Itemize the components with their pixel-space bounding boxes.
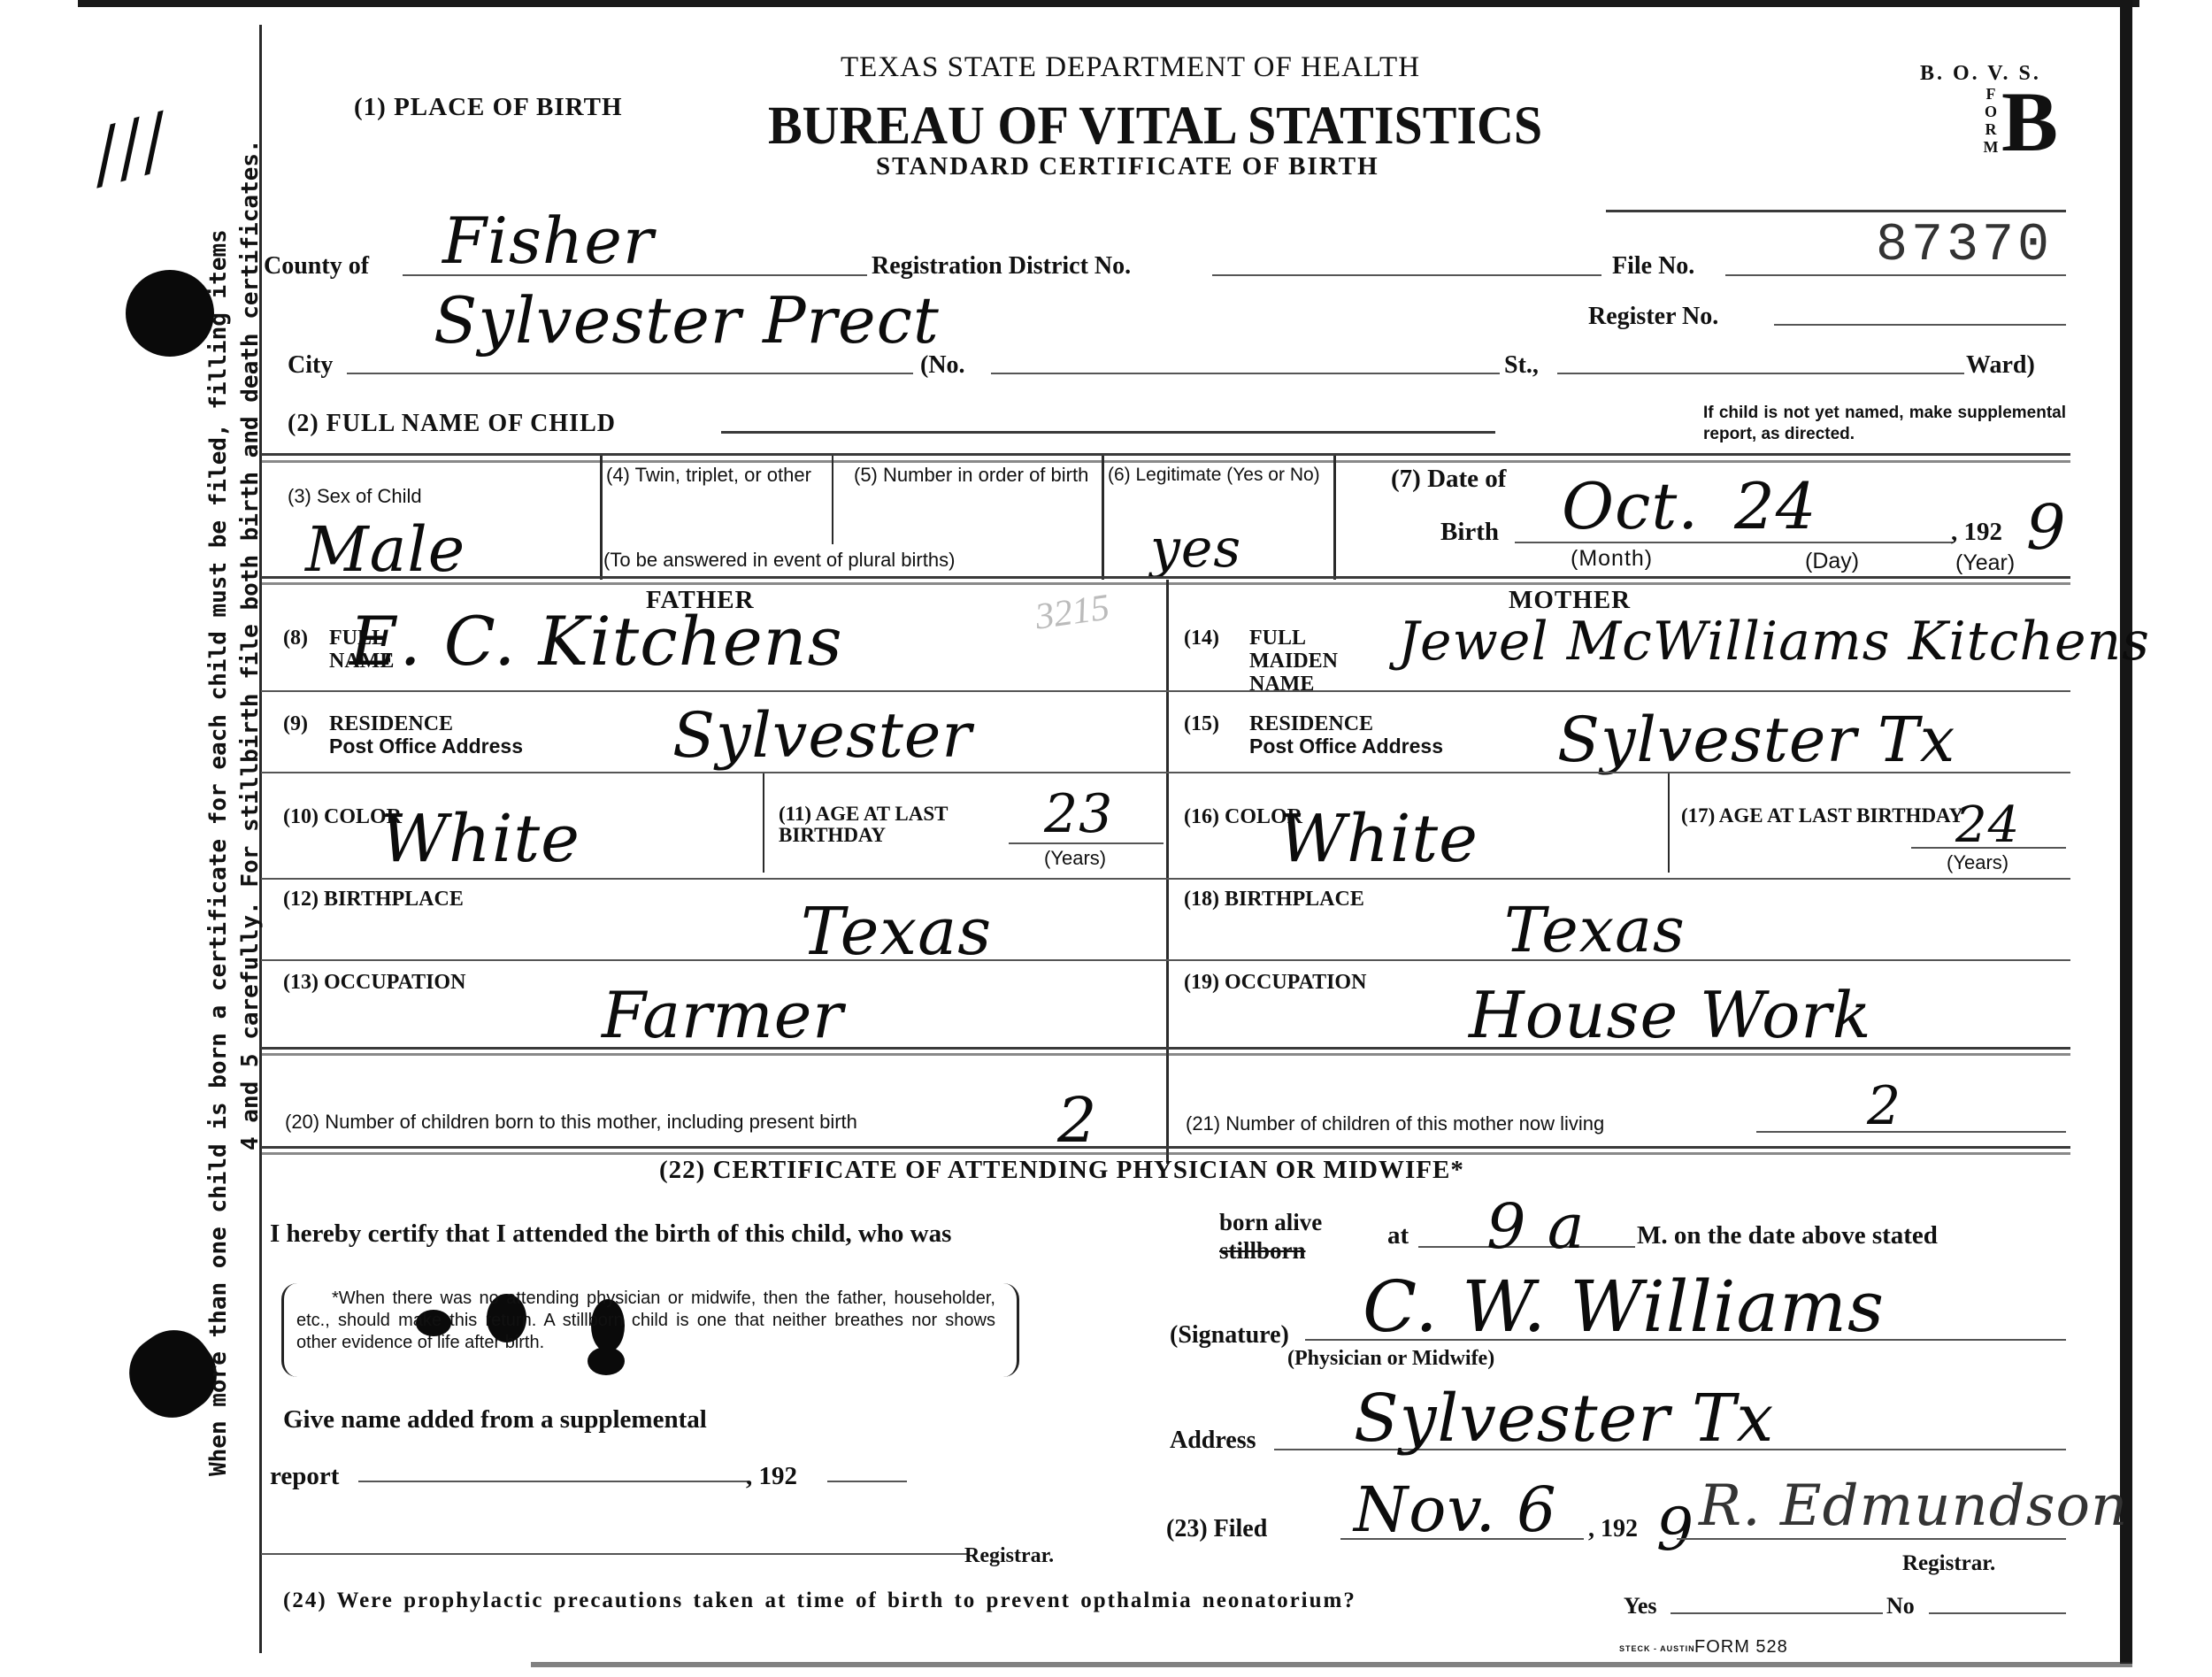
bureau-title: BUREAU OF VITAL STATISTICS bbox=[768, 94, 1542, 156]
margin-instruction-line1: When more than one child is born a certi… bbox=[205, 229, 232, 1476]
rule-above-physician-double bbox=[261, 1152, 2070, 1155]
rule-color bbox=[261, 878, 2070, 880]
registration-district-value[interactable] bbox=[1221, 250, 1593, 274]
department-title: TEXAS STATE DEPARTMENT OF HEALTH bbox=[841, 51, 1420, 84]
street-number-field-line bbox=[991, 373, 1500, 374]
rule-father-name bbox=[261, 690, 2070, 692]
prophylactic-yes-field[interactable] bbox=[1671, 1612, 1883, 1614]
prophylactic-no-field[interactable] bbox=[1929, 1612, 2066, 1614]
street-label: St., bbox=[1504, 351, 1539, 380]
divider-legit-dob bbox=[1333, 456, 1336, 580]
dob-year-prefix: , 192 bbox=[1951, 518, 2002, 547]
sex-label: (3) Sex of Child bbox=[288, 485, 422, 508]
county-value[interactable]: Fisher bbox=[442, 204, 654, 278]
father-color-age-divider bbox=[763, 773, 764, 873]
time-at-label: at bbox=[1387, 1221, 1409, 1250]
year-caption: (Year) bbox=[1955, 550, 2015, 576]
father-residence-num: (9) bbox=[283, 712, 308, 736]
mother-age-label: (17) AGE AT LAST BIRTHDAY bbox=[1681, 805, 1964, 827]
supplemental-registrar-line bbox=[261, 1553, 969, 1555]
mother-residence-label: RESIDENCE bbox=[1249, 712, 1373, 736]
month-caption: (Month) bbox=[1571, 546, 1653, 572]
unnamed-child-note: If child is not yet named, make suppleme… bbox=[1703, 403, 2066, 445]
dob-day-value[interactable]: 24 bbox=[1734, 469, 1817, 543]
registration-district-field-line bbox=[1212, 274, 1601, 276]
supplemental-registrar-label: Registrar. bbox=[964, 1544, 1054, 1568]
physician-signature-value[interactable]: C. W. Williams bbox=[1363, 1265, 1885, 1348]
divider-order-legit bbox=[1102, 456, 1104, 580]
mother-residence-value[interactable]: Sylvester Tx bbox=[1557, 704, 1955, 776]
mother-residence-num: (15) bbox=[1184, 712, 1219, 736]
filed-date-value[interactable]: Nov. 6 bbox=[1354, 1473, 1557, 1546]
filed-year-prefix: , 192 bbox=[1588, 1515, 1638, 1543]
mother-color-age-divider bbox=[1668, 773, 1670, 873]
father-occupation-label: (13) OCCUPATION bbox=[283, 971, 465, 995]
child-name-field-line bbox=[721, 431, 1495, 434]
father-color-value[interactable]: White bbox=[380, 801, 580, 877]
register-no-field-line bbox=[1774, 324, 2066, 326]
divider-twin-order bbox=[832, 456, 833, 544]
form-letter: B bbox=[2001, 80, 2058, 165]
dob-month-value[interactable]: Oct. bbox=[1562, 469, 1699, 543]
legitimate-label: (6) Legitimate (Yes or No) bbox=[1108, 463, 1329, 488]
city-value[interactable]: Sylvester Prect bbox=[434, 283, 940, 358]
margin-handwritten-mark: /// bbox=[83, 98, 176, 197]
prophylactic-no-label: No bbox=[1886, 1593, 1915, 1619]
city-label: City bbox=[288, 351, 333, 380]
father-age-value[interactable]: 23 bbox=[1044, 783, 1113, 845]
rule-occupation bbox=[261, 1047, 2070, 1050]
father-residence-sub: Post Office Address bbox=[329, 735, 523, 758]
punch-hole-top bbox=[126, 270, 214, 357]
sex-value[interactable]: Male bbox=[305, 513, 465, 586]
mother-age-value[interactable]: 24 bbox=[1955, 796, 2020, 854]
mother-name-label: FULL MAIDEN NAME bbox=[1249, 627, 1347, 696]
filing-registrar-label: Registrar. bbox=[1902, 1551, 1995, 1576]
mother-age-caption: (Years) bbox=[1947, 851, 2008, 874]
twin-label: (4) Twin, triplet, or other bbox=[606, 463, 827, 488]
father-mother-divider bbox=[1166, 580, 1169, 1164]
certify-text: I hereby certify that I attended the bir… bbox=[270, 1219, 951, 1249]
children-living-value[interactable]: 2 bbox=[1867, 1075, 1901, 1137]
document-top-edge bbox=[78, 0, 2139, 7]
filed-label: (23) Filed bbox=[1166, 1515, 1267, 1543]
day-caption: (Day) bbox=[1805, 549, 1859, 574]
registrar-signature-value[interactable]: R. Edmundson bbox=[1699, 1473, 2128, 1539]
supplemental-report-label: report bbox=[270, 1462, 339, 1491]
time-suffix: M. on the date above stated bbox=[1637, 1221, 1938, 1250]
footnote-text: *When there was no attending physician o… bbox=[296, 1288, 995, 1354]
file-no-top-rule bbox=[1606, 210, 2066, 212]
footnote-right-brace bbox=[993, 1283, 1019, 1377]
signature-label: (Signature) bbox=[1170, 1321, 1289, 1350]
certificate-type: STANDARD CERTIFICATE OF BIRTH bbox=[876, 152, 1379, 181]
father-name-num: (8) bbox=[283, 627, 308, 650]
father-occupation-value[interactable]: Farmer bbox=[602, 978, 844, 1052]
dob-year-value[interactable]: 9 bbox=[2026, 491, 2067, 564]
document-bottom-edge bbox=[531, 1662, 2132, 1667]
father-birthplace-label: (12) BIRTHPLACE bbox=[283, 888, 464, 912]
children-living-label: (21) Number of children of this mother n… bbox=[1186, 1112, 1604, 1135]
file-no-value[interactable]: 87370 bbox=[1876, 216, 2053, 276]
dob-label-2: Birth bbox=[1440, 518, 1499, 547]
rule-above-row3 bbox=[261, 453, 2070, 456]
mother-name-value[interactable]: Jewel McWilliams Kitchens bbox=[1398, 611, 2150, 673]
document-right-edge bbox=[2120, 0, 2132, 1664]
form-number: FORM 528 bbox=[1694, 1637, 1788, 1658]
city-field-line bbox=[347, 373, 913, 374]
mother-residence-sub: Post Office Address bbox=[1249, 735, 1443, 758]
register-no-label: Register No. bbox=[1588, 303, 1718, 331]
children-born-label: (20) Number of children born to this mot… bbox=[285, 1111, 857, 1134]
file-no-label: File No. bbox=[1612, 252, 1694, 281]
child-name-value[interactable] bbox=[726, 403, 1486, 431]
rule-above-physician bbox=[261, 1146, 2070, 1149]
printer-imprint: STECK - AUSTIN bbox=[1619, 1644, 1695, 1653]
supplemental-year-prefix: , 192 bbox=[746, 1462, 797, 1491]
order-label: (5) Number in order of birth bbox=[854, 463, 1102, 488]
birth-time-value[interactable]: 9 a bbox=[1486, 1190, 1586, 1263]
rule-above-parents bbox=[261, 576, 2070, 579]
mother-birthplace-value[interactable]: Texas bbox=[1504, 894, 1686, 966]
place-of-birth-label: (1) PLACE OF BIRTH bbox=[354, 93, 623, 122]
form-vertical-word: F O R M bbox=[1982, 85, 2000, 156]
father-residence-label: RESIDENCE bbox=[329, 712, 453, 736]
physician-address-value[interactable]: Sylvester Tx bbox=[1354, 1381, 1774, 1457]
father-age-label: (11) AGE AT LAST BIRTHDAY bbox=[779, 804, 1044, 846]
pencil-note: 3215 bbox=[1033, 586, 1112, 638]
father-residence-value[interactable]: Sylvester bbox=[672, 699, 972, 772]
prophylactic-question: (24) Were prophylactic precautions taken… bbox=[283, 1589, 1356, 1613]
born-alive-option[interactable]: born alive bbox=[1219, 1209, 1322, 1236]
rule-birthplace bbox=[261, 959, 2070, 961]
rule-occupation-double bbox=[261, 1053, 2070, 1056]
filed-year-value[interactable]: 9 bbox=[1656, 1496, 1694, 1564]
mother-name-num: (14) bbox=[1184, 627, 1219, 650]
rule-residence bbox=[261, 772, 2070, 773]
dob-label-1: (7) Date of bbox=[1391, 465, 1506, 494]
signature-caption: (Physician or Midwife) bbox=[1287, 1347, 1494, 1371]
mother-birthplace-label: (18) BIRTHPLACE bbox=[1184, 888, 1364, 912]
physician-heading: (22) CERTIFICATE OF ATTENDING PHYSICIAN … bbox=[659, 1156, 1464, 1185]
supplemental-label: Give name added from a supplemental bbox=[283, 1405, 707, 1435]
father-age-caption: (Years) bbox=[1044, 847, 1106, 870]
supplemental-year-field-line bbox=[827, 1481, 907, 1482]
mother-occupation-label: (19) OCCUPATION bbox=[1184, 971, 1366, 995]
mother-occupation-value[interactable]: House Work bbox=[1469, 978, 1871, 1052]
stillborn-option[interactable]: stillborn bbox=[1219, 1237, 1306, 1265]
father-name-value[interactable]: E. C. Kitchens bbox=[349, 602, 843, 681]
mother-color-value[interactable]: White bbox=[1279, 801, 1479, 877]
ward-label: Ward) bbox=[1966, 351, 2035, 380]
ward-field-line bbox=[1557, 373, 1964, 374]
prophylactic-yes-label: Yes bbox=[1624, 1593, 1657, 1619]
divider-sex-twin bbox=[600, 456, 603, 580]
legitimate-value[interactable]: yes bbox=[1150, 518, 1241, 580]
supplemental-name-field-line bbox=[358, 1481, 748, 1482]
margin-instruction-line2: 4 and 5 carefully. For stillbirth file b… bbox=[237, 139, 264, 1150]
address-label: Address bbox=[1170, 1427, 1256, 1455]
county-label: County of bbox=[264, 252, 369, 281]
register-no-value[interactable] bbox=[1778, 299, 2062, 324]
plural-births-note: (To be answered in event of plural birth… bbox=[603, 549, 955, 572]
child-name-label: (2) FULL NAME OF CHILD bbox=[288, 410, 616, 438]
street-number-label: (No. bbox=[920, 351, 965, 380]
children-living-field-line bbox=[1756, 1131, 2066, 1133]
registration-district-label: Registration District No. bbox=[872, 252, 1131, 281]
